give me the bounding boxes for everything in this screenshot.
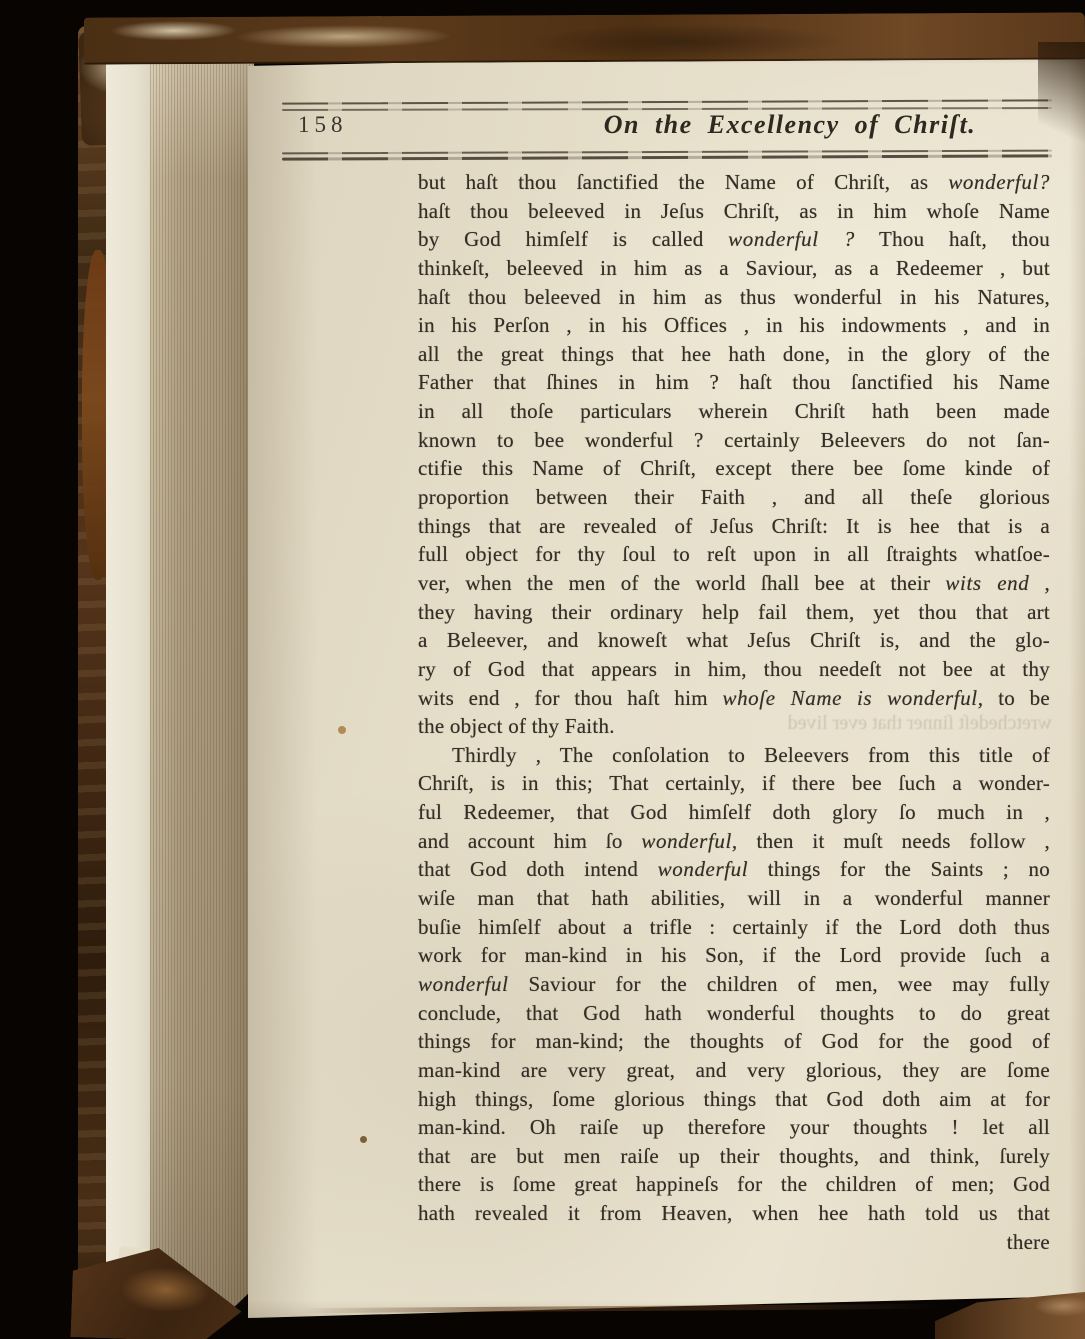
- roman-run: haſt thou beleeved in him as thus wonder…: [418, 285, 1050, 309]
- roman-run: that God doth intend: [418, 857, 658, 881]
- roman-run: proportion between their Faith , and all…: [418, 485, 1050, 509]
- roman-run: high things, ſome glorious things that G…: [418, 1087, 1050, 1111]
- text-line: high things, ſome glorious things that G…: [418, 1085, 1050, 1114]
- italic-run: whoſe Name is wonderful,: [722, 686, 983, 710]
- book-photo: 158 On the Excellency of Chriſt. but haſ…: [0, 0, 1085, 1339]
- roman-run: then it muſt needs follow ,: [738, 829, 1050, 853]
- text-line: a Beleever, and knoweſt what Jeſus Chriſ…: [418, 626, 1050, 655]
- roman-run: in all thoſe particulars wherein Chriſt …: [418, 399, 1050, 423]
- text-line: that God doth intend wonderful things fo…: [418, 855, 1050, 884]
- italic-run: wonderful ?: [728, 227, 855, 251]
- text-line: things that are revealed of Jeſus Chriſt…: [418, 512, 1050, 541]
- text-line: work for man-kind in his Son, if the Lor…: [418, 941, 1050, 970]
- header-rule-bottom-2: [282, 154, 1052, 160]
- text-lines: but haſt thou ſanctified the Name of Chr…: [418, 168, 1050, 1228]
- roman-run: by God himſelf is called: [418, 227, 728, 251]
- foxing-spot: [360, 1136, 367, 1143]
- text-line: wonderful Saviour for the children of me…: [418, 970, 1050, 999]
- text-line: that are but men raiſe up their thoughts…: [418, 1142, 1050, 1171]
- roman-run: to be: [984, 686, 1050, 710]
- roman-run: ry of God that appears in him, thou need…: [418, 657, 1050, 681]
- roman-run: work for man-kind in his Son, if the Lor…: [418, 943, 1050, 967]
- text-line: man-kind. Oh raiſe up therefore your tho…: [418, 1113, 1050, 1142]
- flyleaf-edge: [106, 44, 156, 1320]
- text-line: ctifie this Name of Chriſt, except there…: [418, 454, 1050, 483]
- text-line: things for man-kind; the thoughts of God…: [418, 1027, 1050, 1056]
- roman-run: man-kind. Oh raiſe up therefore your tho…: [418, 1115, 1050, 1139]
- text-line: full object for thy ſoul to reſt upon in…: [418, 540, 1050, 569]
- roman-run: hath revealed it from Heaven, when hee h…: [418, 1201, 1050, 1225]
- running-title: On the Excellency of Chriſt.: [418, 110, 1085, 140]
- roman-run: conclude, that God hath wonderful though…: [418, 1001, 1050, 1025]
- text-line: wits end , for thou haſt him whoſe Name …: [418, 684, 1050, 713]
- roman-run: buſie himſelf about a trifle : certainly…: [418, 915, 1050, 939]
- roman-run: ful Redeemer, that God himſelf doth glor…: [418, 800, 1050, 824]
- italic-run: wonderful: [658, 857, 749, 881]
- text-line: buſie himſelf about a trifle : certainly…: [418, 913, 1050, 942]
- roman-run: things that are revealed of Jeſus Chriſt…: [418, 514, 1050, 538]
- roman-run: things for man-kind; the thoughts of God…: [418, 1029, 1050, 1053]
- roman-run: ctifie this Name of Chriſt, except there…: [418, 456, 1050, 480]
- text-line: in his Perſon , in his Offices , in his …: [418, 311, 1050, 340]
- roman-run: wits end , for thou haſt him: [418, 686, 722, 710]
- roman-run: ver, when the men of the world ſhall bee…: [418, 571, 945, 595]
- text-line: ful Redeemer, that God himſelf doth glor…: [418, 798, 1050, 827]
- roman-run: Saviour for the children of men, wee may…: [509, 972, 1050, 996]
- text-line: man-kind are very great, and very glorio…: [418, 1056, 1050, 1085]
- text-line: they having their ordinary help fail the…: [418, 598, 1050, 627]
- roman-run: but haſt thou ſanctified the Name of Chr…: [418, 170, 948, 194]
- roman-run: and account him ſo: [418, 829, 641, 853]
- text-line: hath revealed it from Heaven, when hee h…: [418, 1199, 1050, 1228]
- roman-run: all the great things that hee hath done,…: [418, 342, 1050, 366]
- roman-run: in his Perſon , in his Offices , in his …: [418, 313, 1050, 337]
- book-cover-top-edge: [84, 12, 1085, 64]
- text-line: Chriſt, is in this; That certainly, if t…: [418, 769, 1050, 798]
- foxing-spot: [338, 726, 346, 734]
- text-line: proportion between their Faith , and all…: [418, 483, 1050, 512]
- italic-run: wonderful?: [948, 170, 1050, 194]
- text-line: thinkeſt, beleeved in him as a Saviour, …: [418, 254, 1050, 283]
- text-line: and account him ſo wonderful, then it mu…: [418, 827, 1050, 856]
- text-line: there is ſome great happineſs for the ch…: [418, 1170, 1050, 1199]
- roman-run: wiſe man that hath abilities, will in a …: [418, 886, 1050, 910]
- italic-run: wonderful,: [641, 829, 737, 853]
- roman-run: ,: [1029, 571, 1050, 595]
- text-line: conclude, that God hath wonderful though…: [418, 999, 1050, 1028]
- text-line: known to bee wonderful ? certainly Belee…: [418, 426, 1050, 455]
- roman-run: Thirdly , The conſolation to Beleevers f…: [452, 743, 1050, 767]
- roman-run: known to bee wonderful ? certainly Belee…: [418, 428, 1050, 452]
- text-line: but haſt thou ſanctified the Name of Chr…: [418, 168, 1050, 197]
- text-line: wiſe man that hath abilities, will in a …: [418, 884, 1050, 913]
- text-line: ver, when the men of the world ſhall bee…: [418, 569, 1050, 598]
- roman-run: full object for thy ſoul to reſt upon in…: [418, 542, 1050, 566]
- text-line: haſt thou beleeved in Jeſus Chriſt, as i…: [418, 197, 1050, 226]
- page-number: 158: [298, 112, 348, 138]
- roman-run: haſt thou beleeved in Jeſus Chriſt, as i…: [418, 199, 1050, 223]
- italic-run: wits end: [945, 571, 1029, 595]
- roman-run: that are but men raiſe up their thoughts…: [418, 1144, 1050, 1168]
- roman-run: man-kind are very great, and very glorio…: [418, 1058, 1050, 1082]
- text-line: ry of God that appears in him, thou need…: [418, 655, 1050, 684]
- text-line: Thirdly , The conſolation to Beleevers f…: [418, 741, 1050, 770]
- text-line: haſt thou beleeved in him as thus wonder…: [418, 283, 1050, 312]
- roman-run: things for the Saints ; no: [748, 857, 1050, 881]
- italic-run: wonderful: [418, 972, 509, 996]
- text-line: all the great things that hee hath done,…: [418, 340, 1050, 369]
- roman-run: Chriſt, is in this; That certainly, if t…: [418, 771, 1050, 795]
- roman-run: Thou haſt, thou: [855, 227, 1050, 251]
- text-line: in all thoſe particulars wherein Chriſt …: [418, 397, 1050, 426]
- text-line: Father that ſhines in him ? haſt thou ſa…: [418, 368, 1050, 397]
- page-fore-edge-stack: [150, 50, 254, 1314]
- roman-run: there is ſome great happineſs for the ch…: [418, 1172, 1050, 1196]
- roman-run: thinkeſt, beleeved in him as a Saviour, …: [418, 256, 1050, 280]
- text-line: by God himſelf is called wonderful ? Tho…: [418, 225, 1050, 254]
- catchword: there: [418, 1228, 1050, 1257]
- header-rule-top-1: [282, 99, 1052, 104]
- roman-run: they having their ordinary help fail the…: [418, 600, 1050, 624]
- roman-run: the object of thy Faith.: [418, 714, 615, 738]
- header-rule-bottom-1: [282, 150, 1052, 155]
- roman-run: Father that ſhines in him ? haſt thou ſa…: [418, 370, 1050, 394]
- page-top-right-shadow: [1038, 42, 1085, 172]
- book-page: 158 On the Excellency of Chriſt. but haſ…: [248, 50, 1085, 1322]
- roman-run: a Beleever, and knoweſt what Jeſus Chriſ…: [418, 628, 1050, 652]
- bleed-through-text: wretchedeſt ſinner that ever lived: [716, 712, 1052, 735]
